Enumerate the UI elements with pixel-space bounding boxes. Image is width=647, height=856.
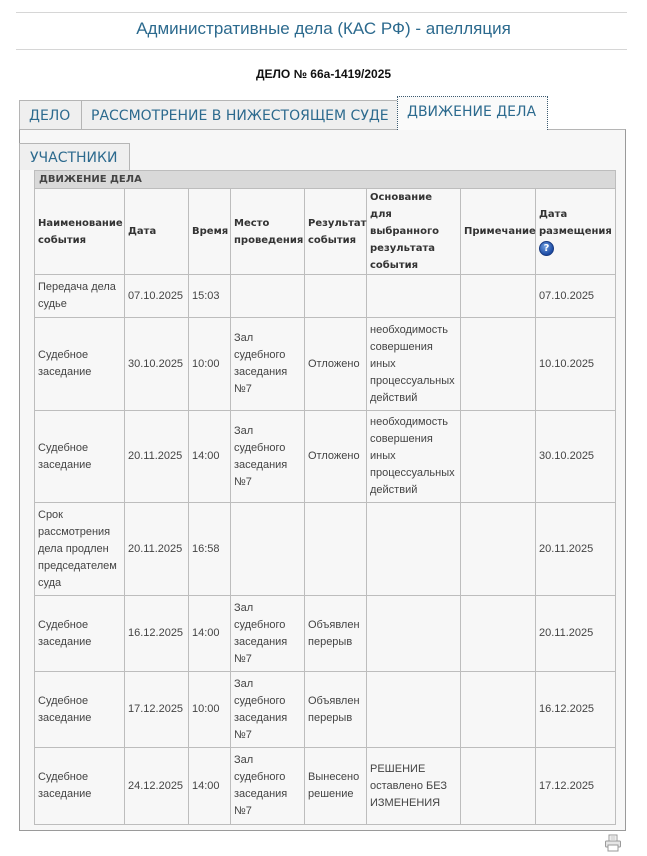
- table-row: Судебное заседание20.11.202514:00Зал суд…: [35, 411, 616, 503]
- cell-note: [461, 411, 536, 503]
- cell-place: Зал судебного заседания №7: [231, 672, 305, 748]
- cell-event-name: Передача дела судье: [35, 275, 125, 318]
- printer-icon[interactable]: [604, 834, 622, 852]
- cell-basis: [367, 275, 461, 318]
- cell-note: [461, 596, 536, 672]
- table-row: Передача дела судье07.10.202515:0307.10.…: [35, 275, 616, 318]
- cell-date: 30.10.2025: [125, 318, 189, 411]
- section-title: ДВИЖЕНИЕ ДЕЛА: [35, 171, 616, 189]
- col-basis: Основание для выбранного результата собы…: [367, 189, 461, 275]
- col-time: Время: [189, 189, 231, 275]
- cell-date: 20.11.2025: [125, 503, 189, 596]
- col-result: Результат события: [305, 189, 367, 275]
- cell-posted-date: 17.12.2025: [536, 748, 616, 825]
- cell-event-name: Судебное заседание: [35, 672, 125, 748]
- col-date: Дата: [125, 189, 189, 275]
- case-events-table: ДВИЖЕНИЕ ДЕЛА Наименование события Дата …: [34, 170, 616, 825]
- question-circle-icon[interactable]: ?: [539, 241, 554, 256]
- cell-time: 10:00: [189, 672, 231, 748]
- cell-time: 16:58: [189, 503, 231, 596]
- cell-basis: [367, 596, 461, 672]
- table-row: Срок рассмотрения дела продлен председат…: [35, 503, 616, 596]
- cell-result: Вынесено решение: [305, 748, 367, 825]
- col-place: Место проведения: [231, 189, 305, 275]
- top-divider: [16, 12, 627, 13]
- col-posted-date: Дата размещения ?: [536, 189, 616, 275]
- cell-result: [305, 503, 367, 596]
- table-row: Судебное заседание24.12.202514:00Зал суд…: [35, 748, 616, 825]
- tab-participants[interactable]: УЧАСТНИКИ: [19, 143, 130, 170]
- cell-place: Зал судебного заседания №7: [231, 748, 305, 825]
- cell-basis: необходимость совершения иных процессуал…: [367, 411, 461, 503]
- tab-lower-court[interactable]: РАССМОТРЕНИЕ В НИЖЕСТОЯЩЕМ СУДЕ: [81, 100, 398, 129]
- cell-time: 14:00: [189, 596, 231, 672]
- cell-event-name: Судебное заседание: [35, 411, 125, 503]
- case-number: ДЕЛО № 66а-1419/2025: [0, 67, 647, 81]
- cell-time: 14:00: [189, 748, 231, 825]
- cell-date: 24.12.2025: [125, 748, 189, 825]
- cell-place: [231, 275, 305, 318]
- cell-posted-date: 30.10.2025: [536, 411, 616, 503]
- cell-note: [461, 672, 536, 748]
- cell-posted-date: 20.11.2025: [536, 596, 616, 672]
- cell-basis: [367, 672, 461, 748]
- cell-basis: [367, 503, 461, 596]
- tab-case-movement[interactable]: ДВИЖЕНИЕ ДЕЛА: [397, 96, 548, 130]
- cell-posted-date: 20.11.2025: [536, 503, 616, 596]
- header-row: Наименование события Дата Время Место пр…: [35, 189, 616, 275]
- cell-place: [231, 503, 305, 596]
- cell-time: 15:03: [189, 275, 231, 318]
- cell-event-name: Судебное заседание: [35, 596, 125, 672]
- cell-result: Отложено: [305, 411, 367, 503]
- cell-place: Зал судебного заседания №7: [231, 596, 305, 672]
- cell-note: [461, 748, 536, 825]
- cell-posted-date: 10.10.2025: [536, 318, 616, 411]
- cell-result: Отложено: [305, 318, 367, 411]
- col-note: Примечание: [461, 189, 536, 275]
- cell-basis: РЕШЕНИЕ оставлено БЕЗ ИЗМЕНЕНИЯ: [367, 748, 461, 825]
- col-posted-date-label: Дата размещения: [539, 209, 612, 237]
- cell-event-name: Срок рассмотрения дела продлен председат…: [35, 503, 125, 596]
- tab-case[interactable]: ДЕЛО: [19, 100, 82, 129]
- cell-note: [461, 503, 536, 596]
- cell-place: Зал судебного заседания №7: [231, 411, 305, 503]
- cell-date: 16.12.2025: [125, 596, 189, 672]
- cell-event-name: Судебное заседание: [35, 748, 125, 825]
- table-row: Судебное заседание17.12.202510:00Зал суд…: [35, 672, 616, 748]
- cell-date: 17.12.2025: [125, 672, 189, 748]
- page-title: Административные дела (КАС РФ) - апелляц…: [0, 19, 647, 39]
- cell-date: 07.10.2025: [125, 275, 189, 318]
- cell-note: [461, 275, 536, 318]
- table-row: Судебное заседание16.12.202514:00Зал суд…: [35, 596, 616, 672]
- cell-basis: необходимость совершения иных процессуал…: [367, 318, 461, 411]
- cell-place: Зал судебного заседания №7: [231, 318, 305, 411]
- cell-time: 10:00: [189, 318, 231, 411]
- cell-posted-date: 16.12.2025: [536, 672, 616, 748]
- cell-time: 14:00: [189, 411, 231, 503]
- cell-result: [305, 275, 367, 318]
- table-row: Судебное заседание30.10.202510:00Зал суд…: [35, 318, 616, 411]
- cell-date: 20.11.2025: [125, 411, 189, 503]
- cell-result: Объявлен перерыв: [305, 672, 367, 748]
- cell-posted-date: 07.10.2025: [536, 275, 616, 318]
- cell-result: Объявлен перерыв: [305, 596, 367, 672]
- col-event-name: Наименование события: [35, 189, 125, 275]
- cell-note: [461, 318, 536, 411]
- title-divider: [16, 49, 627, 50]
- cell-event-name: Судебное заседание: [35, 318, 125, 411]
